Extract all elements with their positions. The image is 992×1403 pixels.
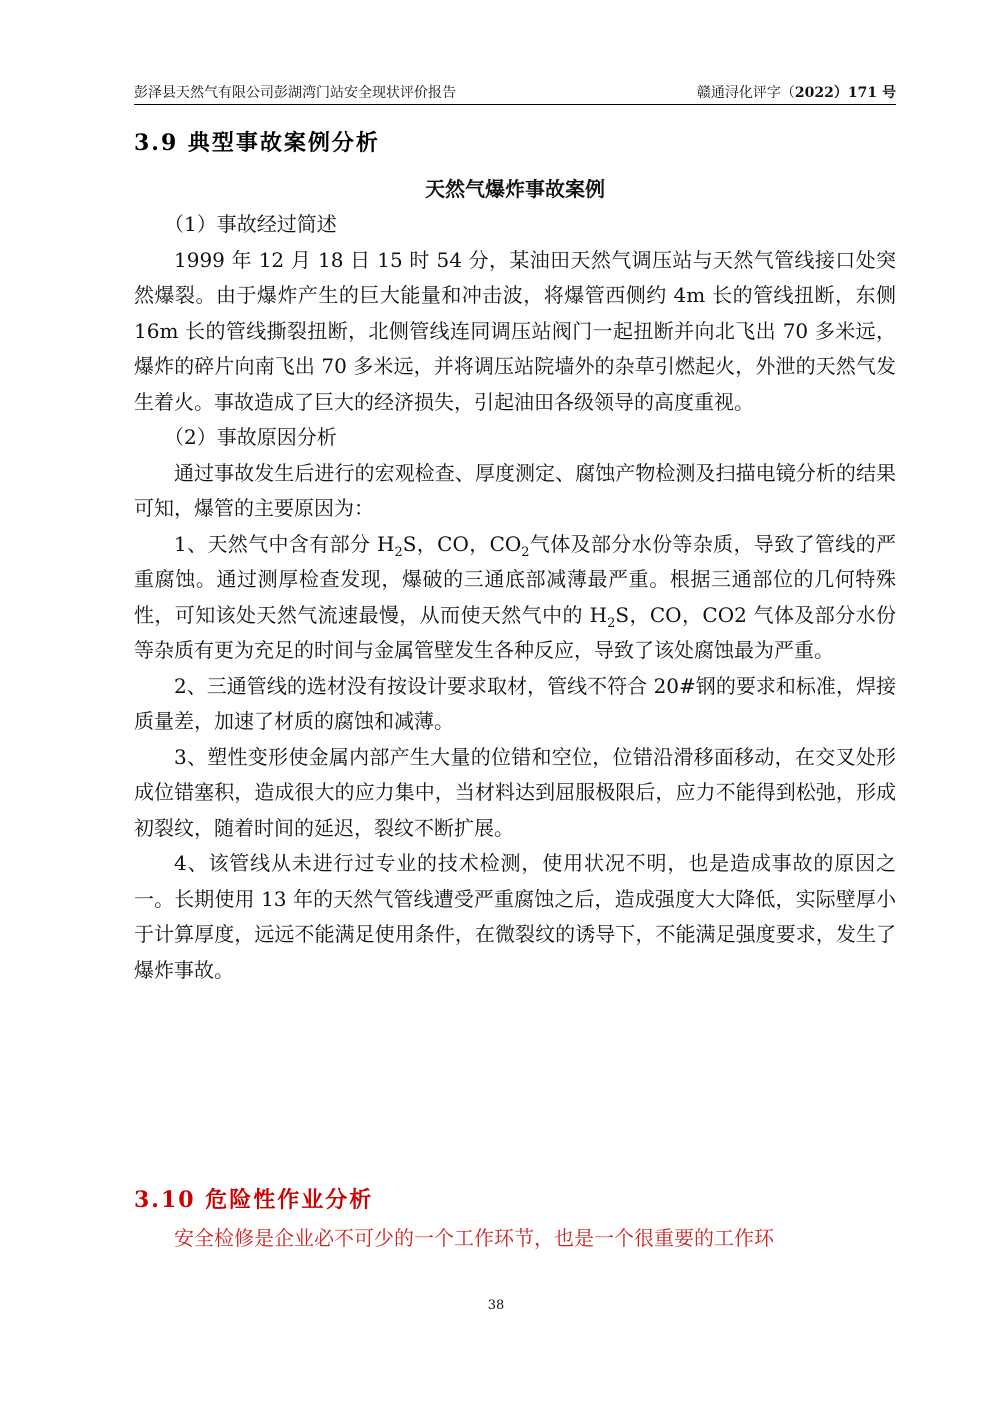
report-number-suffix: ）171 号: [834, 85, 896, 101]
cause-1-text-b: S，CO，CO: [403, 532, 522, 556]
paragraph-incident: 1999 年 12 月 18 日 15 时 54 分，某油田天然气调压站与天然气…: [134, 243, 896, 421]
section-3-10-paragraph: 安全检修是企业必不可少的一个工作环节，也是一个很重要的工作环: [134, 1221, 896, 1257]
section-body: （1）事故经过简述 1999 年 12 月 18 日 15 时 54 分，某油田…: [134, 207, 896, 988]
report-year: 2022: [795, 85, 834, 101]
subheading-1: （1）事故经过简述: [134, 207, 896, 243]
cause-2: 2、三通管线的选材没有按设计要求取材，管线不符合 20#钢的要求和标准，焊接质量…: [134, 669, 896, 740]
subheading-2: （2）事故原因分析: [134, 420, 896, 456]
page-number: 38: [0, 1298, 992, 1313]
page-header: 彭泽县天然气有限公司彭湖湾门站安全现状评价报告 赣通浔化评字（2022）171 …: [134, 84, 896, 105]
section-title-3-9: 3.9 典型事故案例分析: [134, 126, 380, 157]
cause-4: 4、该管线从未进行过专业的技术检测，使用状况不明，也是造成事故的原因之一。长期使…: [134, 846, 896, 988]
cause-1-text-a: 1、天然气中含有部分 H: [174, 532, 394, 556]
paragraph-analysis: 通过事故发生后进行的宏观检查、厚度测定、腐蚀产物检测及扫描电镜分析的结果可知，爆…: [134, 456, 896, 527]
cause-3: 3、塑性变形使金属内部产生大量的位错和空位，位错沿滑移面移动，在交叉处形成位错塞…: [134, 740, 896, 847]
subscript: 2: [521, 545, 529, 560]
section-title-3-10: 3.10 危险性作业分析: [134, 1183, 373, 1214]
report-number-prefix: 赣通浔化评字（: [697, 85, 795, 101]
subscript: 2: [394, 545, 402, 560]
report-number: 赣通浔化评字（2022）171 号: [697, 84, 896, 102]
case-title: 天然气爆炸事故案例: [134, 173, 896, 202]
report-title: 彭泽县天然气有限公司彭湖湾门站安全现状评价报告: [134, 84, 456, 102]
cause-1: 1、天然气中含有部分 H2S，CO，CO2气体及部分水份等杂质，导致了管线的严重…: [134, 527, 896, 669]
